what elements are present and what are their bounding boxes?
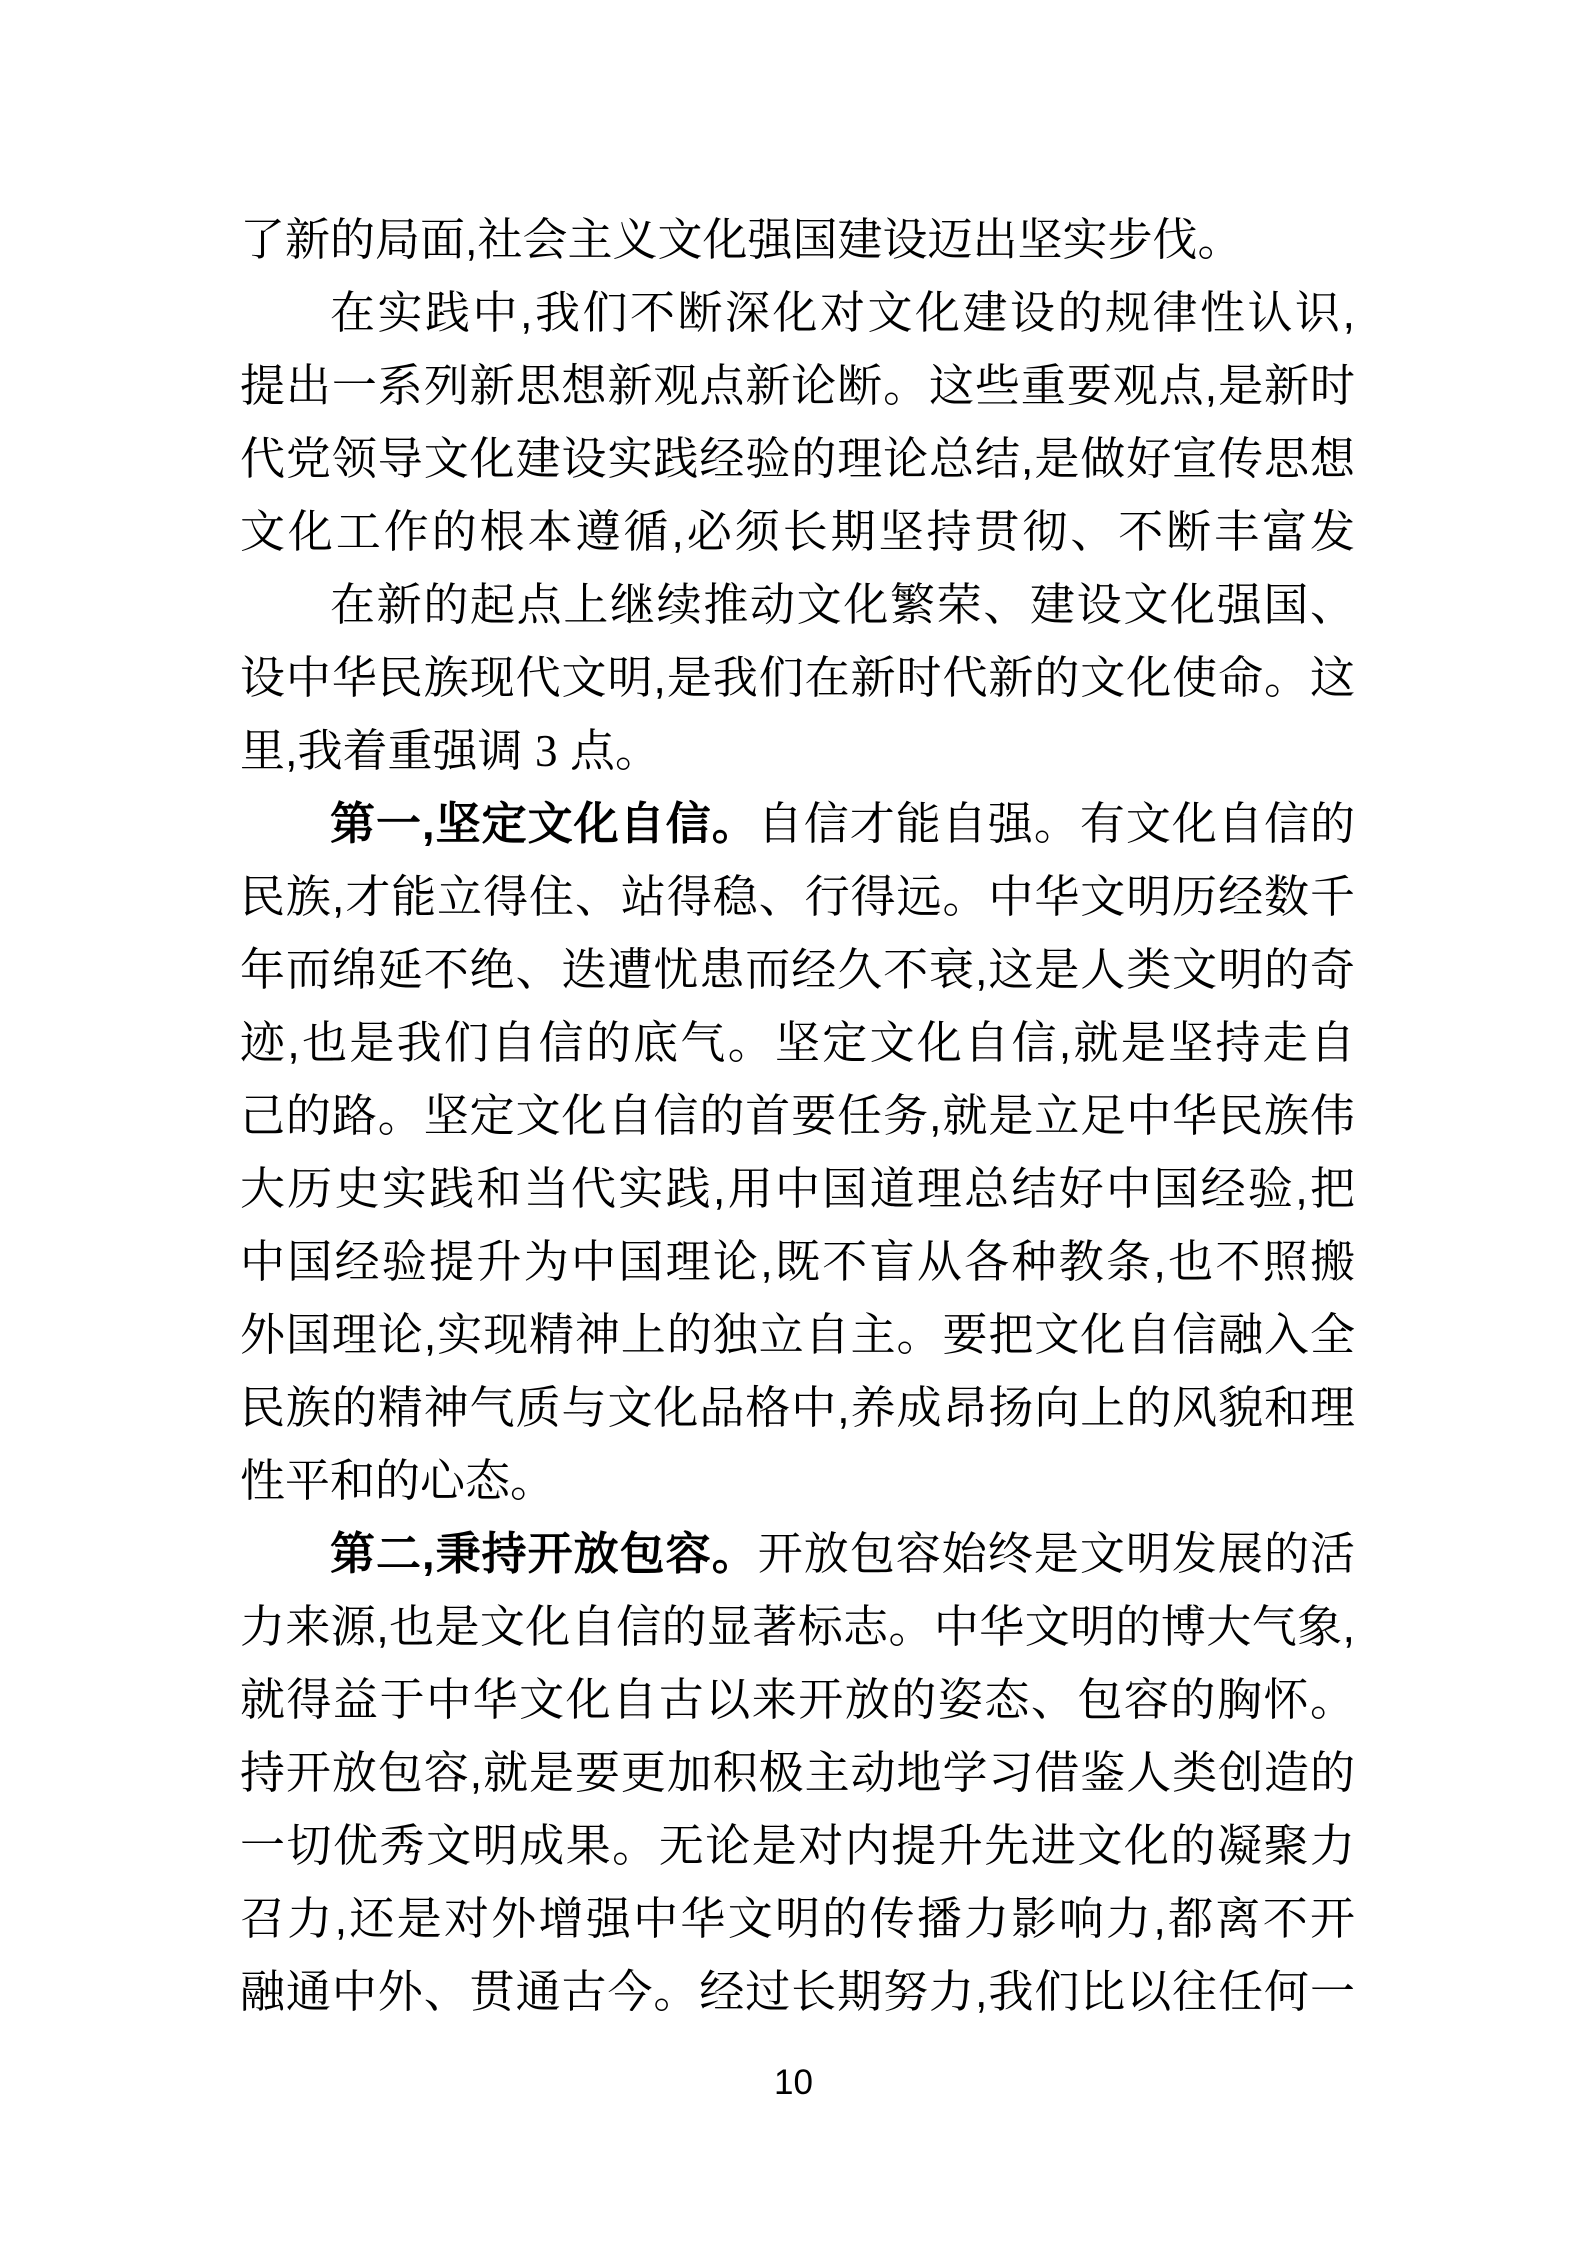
text-line: 持开放包容,就是要更加积极主动地学习借鉴人类创造的: [240, 1736, 1355, 1809]
text-line: 外国理论,实现精神上的独立自主。要把文化自信融入全: [240, 1298, 1355, 1371]
body-text: 召力,还是对外增强中华文明的传播力影响力,都离不开: [240, 1893, 1355, 1944]
text-line: 年而绵延不绝、迭遭忧患而经久不衰,这是人类文明的奇: [240, 933, 1355, 1006]
body-text: 大历史实践和当代实践,用中国道理总结好中国经验,把: [240, 1163, 1355, 1214]
body-text: 持开放包容,就是要更加积极主动地学习借鉴人类创造的: [240, 1747, 1355, 1798]
text-line: 大历史实践和当代实践,用中国道理总结好中国经验,把: [240, 1152, 1355, 1225]
body-text: 己的路。坚定文化自信的首要任务,就是立足中华民族伟: [240, 1090, 1355, 1141]
text-line: 代党领导文化建设实践经验的理论总结,是做好宣传思想: [240, 422, 1355, 495]
text-line: 在新的起点上继续推动文化繁荣、建设文化强国、建: [240, 568, 1355, 641]
text-line: 融通中外、贯通古今。经过长期努力,我们比以往任何一: [240, 1955, 1355, 2028]
text-line: 在实践中,我们不断深化对文化建设的规律性认识,: [240, 276, 1355, 349]
bold-heading-text: 第一,坚定文化自信。: [330, 798, 758, 849]
body-text: 了新的局面,社会主义文化强国建设迈出坚实步伐。: [240, 214, 1243, 265]
body-text: 提出一系列新思想新观点新论断。这些重要观点,是新时: [240, 360, 1355, 411]
text-line: 召力,还是对外增强中华文明的传播力影响力,都离不开: [240, 1882, 1355, 1955]
body-text: 迹,也是我们自信的底气。坚定文化自信,就是坚持走自: [240, 1017, 1355, 1068]
text-line: 第二,秉持开放包容。开放包容始终是文明发展的活: [240, 1517, 1355, 1590]
text-line: 文化工作的根本遵循,必须长期坚持贯彻、不断丰富发展。: [240, 495, 1355, 568]
body-text: 设中华民族现代文明,是我们在新时代新的文化使命。这: [240, 652, 1355, 703]
text-line: 己的路。坚定文化自信的首要任务,就是立足中华民族伟: [240, 1079, 1355, 1152]
text-line: 设中华民族现代文明,是我们在新时代新的文化使命。这: [240, 641, 1355, 714]
text-line: 中国经验提升为中国理论,既不盲从各种教条,也不照搬: [240, 1225, 1355, 1298]
text-line: 民族的精神气质与文化品格中,养成昂扬向上的风貌和理: [240, 1371, 1355, 1444]
text-line: 了新的局面,社会主义文化强国建设迈出坚实步伐。: [240, 203, 1355, 276]
document-text: 了新的局面,社会主义文化强国建设迈出坚实步伐。在实践中,我们不断深化对文化建设的…: [240, 203, 1355, 2028]
document-page: 了新的局面,社会主义文化强国建设迈出坚实步伐。在实践中,我们不断深化对文化建设的…: [0, 0, 1587, 2245]
body-text: 中国经验提升为中国理论,既不盲从各种教条,也不照搬: [240, 1236, 1355, 1287]
body-text: 文化工作的根本遵循,必须长期坚持贯彻、不断丰富发展。: [240, 506, 1355, 568]
body-text: 民族的精神气质与文化品格中,养成昂扬向上的风貌和理: [240, 1382, 1355, 1433]
body-text: 融通中外、贯通古今。经过长期努力,我们比以往任何一: [240, 1966, 1355, 2017]
bold-heading-text: 第二,秉持开放包容。: [330, 1528, 758, 1579]
body-text: 一切优秀文明成果。无论是对内提升先进文化的凝聚力感: [240, 1820, 1355, 1882]
text-line: 就得益于中华文化自古以来开放的姿态、包容的胸怀。秉: [240, 1663, 1355, 1736]
body-text: 点。: [558, 725, 661, 776]
page-number: 10: [0, 2062, 1587, 2104]
text-line: 提出一系列新思想新观点新论断。这些重要观点,是新时: [240, 349, 1355, 422]
body-text: 就得益于中华文化自古以来开放的姿态、包容的胸怀。秉: [240, 1674, 1355, 1736]
text-line: 性平和的心态。: [240, 1444, 1355, 1517]
body-text: 民族,才能立得住、站得稳、行得远。中华文明历经数千: [240, 871, 1355, 922]
body-text: 性平和的心态。: [240, 1455, 555, 1506]
body-text: 3: [535, 726, 558, 776]
body-text: 在新的起点上继续推动文化繁荣、建设文化强国、建: [240, 579, 1355, 641]
text-line: 里,我着重强调 3 点。: [240, 714, 1355, 787]
body-text: 年而绵延不绝、迭遭忧患而经久不衰,这是人类文明的奇: [240, 944, 1355, 995]
body-text: 在实践中,我们不断深化对文化建设的规律性认识,: [330, 287, 1355, 338]
body-text: 力来源,也是文化自信的显著标志。中华文明的博大气象,: [240, 1601, 1355, 1652]
text-line: 一切优秀文明成果。无论是对内提升先进文化的凝聚力感: [240, 1809, 1355, 1882]
text-line: 第一,坚定文化自信。自信才能自强。有文化自信的: [240, 787, 1355, 860]
text-line: 力来源,也是文化自信的显著标志。中华文明的博大气象,: [240, 1590, 1355, 1663]
body-text: 开放包容始终是文明发展的活: [758, 1528, 1355, 1579]
text-line: 迹,也是我们自信的底气。坚定文化自信,就是坚持走自: [240, 1006, 1355, 1079]
text-line: 民族,才能立得住、站得稳、行得远。中华文明历经数千: [240, 860, 1355, 933]
body-text: 里,我着重强调: [240, 725, 535, 776]
body-text: 外国理论,实现精神上的独立自主。要把文化自信融入全: [240, 1309, 1355, 1360]
body-text: 自信才能自强。有文化自信的: [758, 798, 1355, 849]
body-text: 代党领导文化建设实践经验的理论总结,是做好宣传思想: [240, 433, 1355, 484]
